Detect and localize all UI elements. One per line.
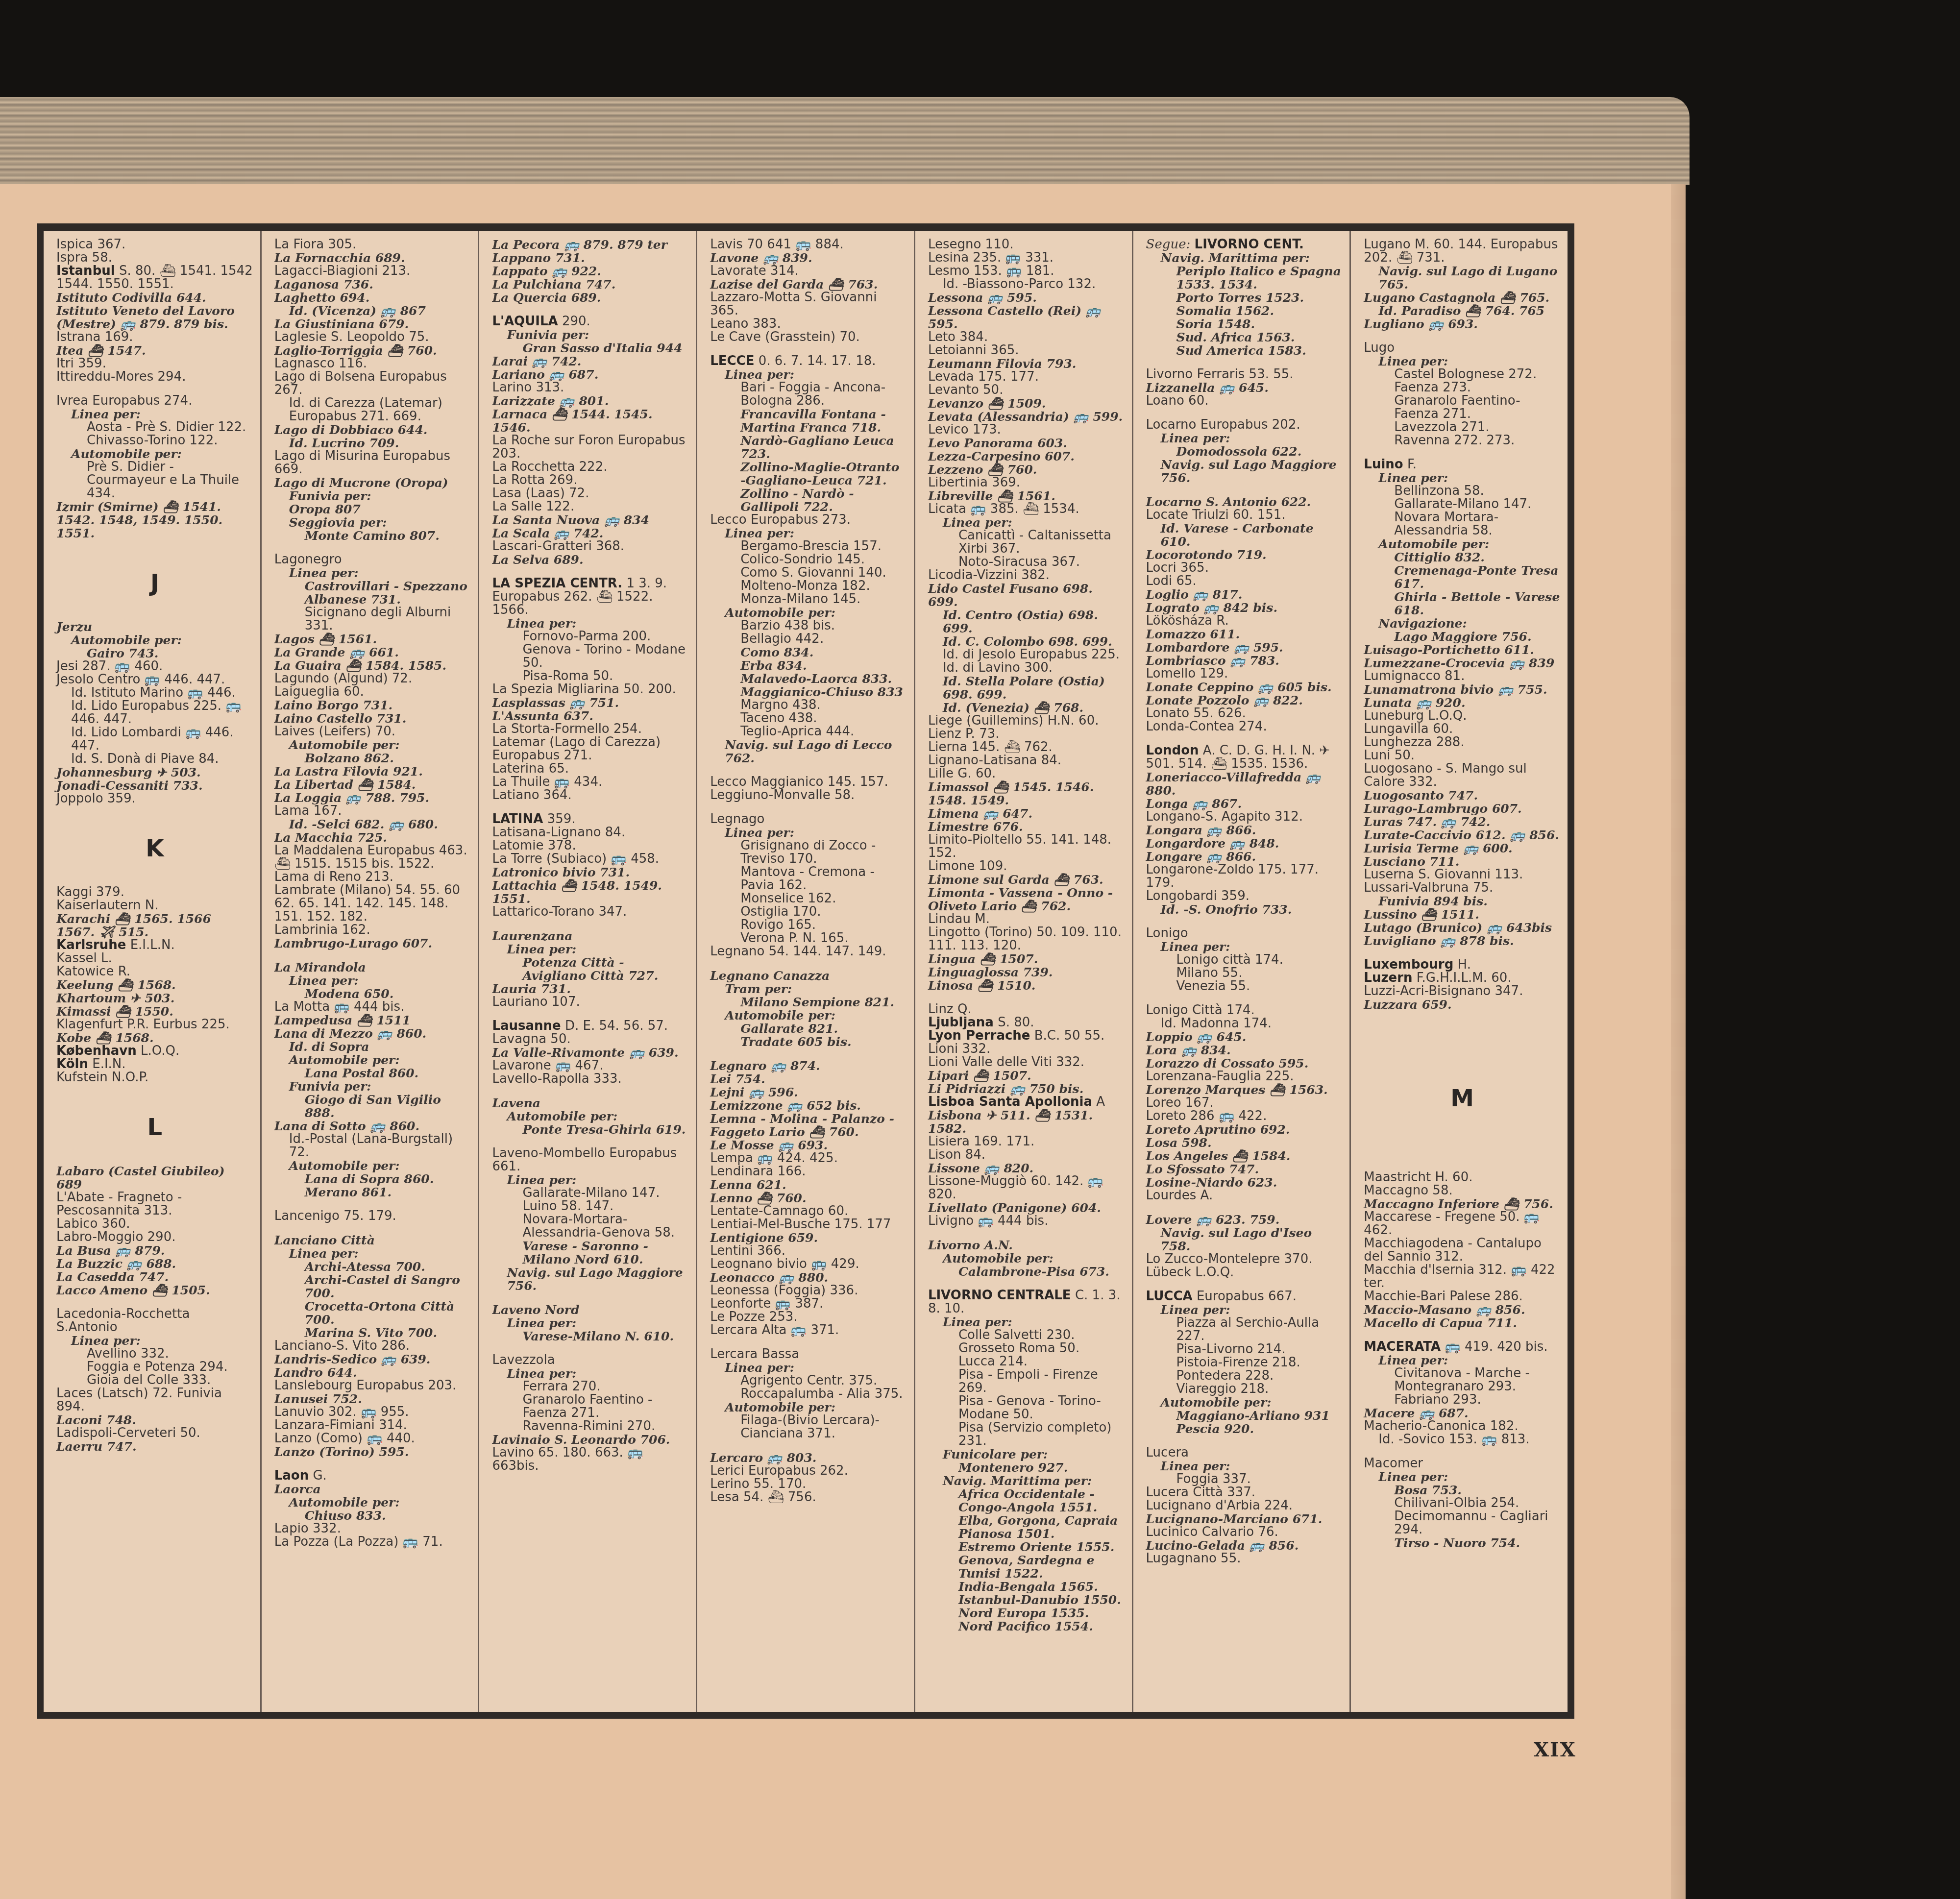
entry-text: Id. Varese - Carbonate 610. <box>1161 521 1314 549</box>
index-entry: Noto-Siracusa 367. <box>928 556 1125 569</box>
entry-text: Levico 173. <box>928 422 1001 437</box>
index-entry: Longa 🚌 867. <box>1146 797 1343 810</box>
index-entry: Segue: LIVORNO CENT. <box>1146 238 1343 251</box>
index-entry: Lo Sfossato 747. <box>1146 1163 1343 1176</box>
entry-text: E.I.L.N. <box>126 938 174 952</box>
entry-text: Linea per: <box>289 566 359 580</box>
entry-text: La Torre (Subiaco) 🚌 458. <box>492 852 659 866</box>
entry-text: Linea per: <box>725 526 794 540</box>
entry-text: Latronico bivio 731. <box>492 865 630 879</box>
index-entry: Laveno-Mombello Europabus 661. <box>492 1147 689 1173</box>
entry-text: Viareggio 218. <box>1176 1382 1269 1396</box>
entry-text: Linea per: <box>1378 1470 1448 1484</box>
entry-text: Lucera Città 337. <box>1146 1485 1256 1500</box>
entry-text: Pisa-Livorno 214. <box>1176 1342 1286 1357</box>
index-entry: L'Assunta 637. <box>492 709 689 723</box>
entry-text: La Lastra Filovia 921. <box>274 764 423 779</box>
entry-text: Luni 50. <box>1364 748 1415 763</box>
entry-text: Lisbona ✈ 511. ⛴ 1531. 1582. <box>928 1108 1093 1136</box>
entry-text: Lanciano-S. Vito 286. <box>274 1339 410 1353</box>
index-entry: Lingua ⛴ 1507. <box>928 952 1125 966</box>
entry-text: Lesa 54. ⛴ 756. <box>710 1490 816 1505</box>
index-entry: Luisago-Portichetto 611. <box>1364 643 1561 657</box>
index-entry: La Libertad ⛴ 1584. <box>274 778 471 791</box>
index-entry: Lunata 🚌 920. <box>1364 696 1561 709</box>
entry-text: 0. 6. 7. 14. 17. 18. <box>754 354 876 368</box>
entry-text: Itri 359. <box>56 356 106 371</box>
entry-text: Fornovo-Parma 200. <box>522 629 651 644</box>
index-entry: Archi-Atessa 700. <box>274 1260 471 1273</box>
entry-text: Novara Mortara-Alessandria 58. <box>1394 510 1498 538</box>
entry-text: Lagonegro <box>274 552 342 567</box>
index-entry: La Rocchetta 222. <box>492 461 689 474</box>
entry-text: Lentini 366. <box>710 1243 785 1258</box>
entry-text: Lille G. 60. <box>928 766 996 781</box>
entry-text: Landro 644. <box>274 1365 357 1380</box>
entry-text: Lindau M. <box>928 912 990 926</box>
index-entry: Lissone 🚌 820. <box>928 1162 1125 1175</box>
index-entry: Id. C. Colombo 698. 699. <box>928 635 1125 648</box>
index-entry: Linea per: <box>1364 471 1561 485</box>
entry-text: Lonate Ceppino 🚌 605 bis. <box>1146 680 1332 694</box>
station-name-bold: Luxembourg <box>1364 957 1453 972</box>
index-entry: Lutago (Brunico) 🚌 643bis <box>1364 921 1561 934</box>
entry-text: Francavilla Fontana - Martina Franca 718… <box>740 407 886 435</box>
index-entry: Bari - Foggia - Ancona-Bologna 286. <box>710 381 907 408</box>
entry-text: S. 80. <box>994 1015 1034 1030</box>
index-entry: Lugliano 🚌 693. <box>1364 317 1561 331</box>
index-entry: Lucca 214. <box>928 1355 1125 1368</box>
entry-text: Navig. sul Lago d'Iseo 758. <box>1161 1226 1312 1253</box>
index-entry: Erba 834. <box>710 659 907 672</box>
entry-text: Calambrone-Pisa 673. <box>958 1265 1109 1279</box>
index-entry: Lorenzana-Fauglia 225. <box>1146 1070 1343 1083</box>
index-entry: Lucinico Calvario 76. <box>1146 1526 1343 1539</box>
index-entry: Milano 55. <box>1146 967 1343 980</box>
entry-text: Verona P. N. 165. <box>740 931 849 946</box>
entry-text: Lessona 🚌 595. <box>928 291 1037 305</box>
index-entry: Istituto Veneto del Lavoro (Mestre) 🚌 87… <box>56 304 253 331</box>
index-entry: Lecco Europabus 273. <box>710 513 907 527</box>
entry-text: Tram per: <box>725 982 792 996</box>
index-entry: Lecco Maggianico 145. 157. <box>710 776 907 789</box>
index-entry: Loreto 286 🚌 422. <box>1146 1110 1343 1123</box>
index-entry: Larai 🚌 742. <box>492 355 689 368</box>
index-entry: Kufstein N.O.P. <box>56 1071 253 1084</box>
entry-text: Lercaro 🚌 803. <box>710 1451 816 1465</box>
entry-text: Lanuvio 302. 🚌 955. <box>274 1405 409 1419</box>
index-entry: Linea per: <box>274 1247 471 1260</box>
entry-text: Lavezzola <box>492 1353 555 1367</box>
index-entry: Maccagno Inferiore ⛴ 756. <box>1364 1197 1561 1211</box>
entry-text: Bolzano 862. <box>305 751 394 765</box>
index-entry: Labaro (Castel Giubileo) 689 <box>56 1165 253 1191</box>
entry-text: Navig. sul Lago di Lugano 765. <box>1378 264 1557 292</box>
entry-text: Automobile per: <box>725 606 835 620</box>
entry-text: Lipari ⛴ 1507. <box>928 1069 1031 1083</box>
index-entry: Lökösháza R. <box>1146 614 1343 628</box>
entry-text: La Casedda 747. <box>56 1270 169 1284</box>
index-entry: Calambrone-Pisa 673. <box>928 1265 1125 1278</box>
index-entry: Lana di Sotto 🚌 860. <box>274 1120 471 1133</box>
entry-text: Lurago-Lambrugo 607. <box>1364 802 1521 816</box>
index-entry: Legnago <box>710 813 907 826</box>
index-entry: Lejni 🚌 596. <box>710 1086 907 1099</box>
index-entry: Limonta - Vassena - Onno - Oliveto Lario… <box>928 886 1125 913</box>
entry-text: Lunghezza 288. <box>1364 735 1464 750</box>
index-column: Lavis 70 641 🚌 884.Lavone 🚌 839.Lavorate… <box>697 231 915 1712</box>
index-entry: Laces (Latsch) 72. Funivia 894. <box>56 1387 253 1413</box>
index-entry: Limassol ⛴ 1545. 1546. 1548. 1549. <box>928 780 1125 807</box>
entry-text: Id. (Venezia) ⛴ 768. <box>943 701 1083 715</box>
entry-text: Lanzara-Fimiani 314. <box>274 1418 407 1433</box>
index-entry: Johannesburg ✈ 503. <box>56 766 253 779</box>
entry-text: Navig. Marittima per: <box>1161 251 1310 265</box>
entry-text: Id. -Selci 682. 🚌 680. <box>289 817 438 831</box>
entry-text: La Maddalena Europabus 463. ⛴ 1515. 1515… <box>274 843 467 871</box>
entry-text: La Rotta 269. <box>492 473 577 487</box>
index-entry: Lemizzone 🚌 652 bis. <box>710 1099 907 1112</box>
entry-text: Lemna - Molina - Palanzo - Faggeto Lario… <box>710 1112 894 1139</box>
entry-text: Lungavilla 60. <box>1364 722 1453 736</box>
entry-text: Laveno Nord <box>492 1303 579 1317</box>
index-entry: La Valle-Rivamonte 🚌 639. <box>492 1046 689 1059</box>
entry-text: Linea per: <box>507 616 576 631</box>
index-entry: Navigazione: <box>1364 617 1561 630</box>
entry-text: Lunamatrona bivio 🚌 755. <box>1364 682 1547 697</box>
index-entry: Los Angeles ⛴ 1584. <box>1146 1149 1343 1163</box>
index-entry: Longano-S. Agapito 312. <box>1146 810 1343 824</box>
entry-text: Linea per: <box>507 1173 576 1187</box>
entry-text: Id. C. Colombo 698. 699. <box>943 634 1112 649</box>
index-entry: Id.-Postal (Lana-Burgstall) 72. <box>274 1133 471 1159</box>
index-entry: Lago di Mucrone (Oropa) <box>274 476 471 489</box>
index-entry: Lendinara 166. <box>710 1165 907 1178</box>
index-entry: Tradate 605 bis. <box>710 1035 907 1048</box>
index-entry: Leonforte 🚌 387. <box>710 1297 907 1311</box>
index-entry: Lago di Bolsena Europabus 267. <box>274 370 471 397</box>
entry-text: Pisa - Empoli - Firenze 269. <box>958 1367 1098 1395</box>
station-name-bold: Köln <box>56 1057 88 1071</box>
entry-text: Gallarate-Milano 147. <box>1394 497 1531 511</box>
entry-text: 290. <box>558 314 590 329</box>
entry-text: Lerici Europabus 262. <box>710 1463 848 1478</box>
entry-text: Crocetta-Ortona Città 700. <box>305 1299 454 1327</box>
index-entry: La Thuile 🚌 434. <box>492 776 689 789</box>
index-entry: Funivia per: <box>492 328 689 341</box>
entry-text: Keelung ⛴ 1568. <box>56 978 176 992</box>
index-entry: Leonessa (Foggia) 336. <box>710 1284 907 1297</box>
index-entry: Id. -Selci 682. 🚌 680. <box>274 818 471 831</box>
index-entry: Lombriasco 🚌 783. <box>1146 654 1343 667</box>
entry-text: Granarolo Faentino-Faenza 271. <box>1394 393 1520 421</box>
entry-text: Zollino - Nardò - Gallipoli 722. <box>740 487 854 514</box>
index-entry: Foggia e Potenza 294. <box>56 1361 253 1374</box>
index-entry: Lariano 🚌 687. <box>492 368 689 381</box>
index-entry: Levanto 50. <box>928 384 1125 397</box>
entry-text: Lanslebourg Europabus 203. <box>274 1378 457 1393</box>
index-entry: Lumignacco 81. <box>1364 670 1561 683</box>
entry-text: Loreto 286 🚌 422. <box>1146 1109 1267 1123</box>
index-entry: Mantova - Cremona - Pavia 162. <box>710 866 907 892</box>
entry-text: A <box>1092 1095 1105 1109</box>
index-table-frame: Ispica 367.Ispra 58.Istanbul S. 80. ⛴ 15… <box>37 223 1574 1719</box>
index-entry: Linea per: <box>492 1173 689 1187</box>
entry-text: Granarolo Faentino - Faenza 271. <box>522 1392 652 1420</box>
entry-text: Luras 747. 🚌 742. <box>1364 815 1490 829</box>
entry-text: Linea per: <box>289 974 359 988</box>
entry-text: Filaga-(Bivio Lercara)-Cianciana 371. <box>740 1413 880 1441</box>
entry-text: Laghetto 694. <box>274 291 370 305</box>
index-entry: Lonigo città 174. <box>1146 953 1343 967</box>
index-entry: Zollino-Maglie-Otranto -Gagliano-Leuca 7… <box>710 461 907 487</box>
entry-text: Marina S. Vito 700. <box>305 1326 437 1340</box>
entry-text: Locarno Europabus 202. <box>1146 417 1300 432</box>
entry-text: Avellino 332. <box>87 1346 169 1361</box>
index-entry: Linea per: <box>928 516 1125 529</box>
index-entry: Lerino 55. 170. <box>710 1478 907 1491</box>
index-entry: Laino Castello 731. <box>274 712 471 725</box>
index-entry: Lambrate (Milano) 54. 55. 60 62. 65. 141… <box>274 884 471 924</box>
index-entry: Somalia 1562. <box>1146 304 1343 317</box>
index-entry: Automobile per: <box>56 633 253 647</box>
entry-text: Id. di Sopra <box>289 1040 369 1054</box>
index-entry: Limone sul Garda ⛴ 763. <box>928 873 1125 886</box>
index-entry: Id. Istituto Marino 🚌 446. <box>56 686 253 700</box>
entry-text: Roccapalumba - Alia 375. <box>740 1387 903 1401</box>
index-entry: Estremo Oriente 1555. <box>928 1540 1125 1554</box>
entry-text: Khartoum ✈ 503. <box>56 991 174 1005</box>
index-entry: Luras 747. 🚌 742. <box>1364 815 1561 828</box>
entry-text: Libreville ⛴ 1561. <box>928 489 1055 503</box>
entry-text: Laino Borgo 731. <box>274 698 393 712</box>
index-entry: Varese-Milano N. 610. <box>492 1330 689 1343</box>
entry-text: La Selva 689. <box>492 553 583 567</box>
entry-text: Laganosa 736. <box>274 277 373 292</box>
index-entry: Bolzano 862. <box>274 752 471 765</box>
entry-text: Periplo Italico e Spagna 1533. 1534. <box>1176 264 1341 292</box>
entry-text: Archi-Atessa 700. <box>305 1260 425 1274</box>
entry-text: Luogosano - S. Mango sul Calore 332. <box>1364 761 1526 789</box>
index-entry: Genova - Torino - Modane 50. <box>492 643 689 670</box>
entry-text: Limassol ⛴ 1545. 1546. 1548. 1549. <box>928 780 1094 807</box>
index-entry: Lagundo (Algund) 72. <box>274 672 471 685</box>
index-entry: Labico 360. <box>56 1217 253 1231</box>
entry-text: La Rocchetta 222. <box>492 460 607 474</box>
entry-text: Latiano 364. <box>492 788 571 803</box>
entry-text: Lauriano 107. <box>492 995 580 1009</box>
index-entry: Luzern F.G.H.I.L.M. 60. <box>1364 972 1561 985</box>
index-entry: Cremenaga-Ponte Tresa 617. <box>1364 564 1561 590</box>
index-entry: Levada 175. 177. <box>928 370 1125 384</box>
entry-text: Automobile per: <box>1378 537 1489 551</box>
entry-text: Lomazzo 611. <box>1146 627 1240 641</box>
index-entry: Locarno S. Antonio 622. <box>1146 495 1343 509</box>
entry-text: La Pulchiana 747. <box>492 277 615 292</box>
entry-text: Chivasso-Torino 122. <box>87 433 218 448</box>
entry-text: Fabriano 293. <box>1394 1392 1481 1407</box>
index-entry: Leto 384. <box>928 331 1125 344</box>
index-entry: Locri 365. <box>1146 561 1343 575</box>
index-entry: Pistoia-Firenze 218. <box>1146 1356 1343 1369</box>
section-letter: M <box>1364 1085 1561 1112</box>
entry-text: Novara-Mortara-Alessandria-Genova 58. <box>522 1212 675 1240</box>
index-entry: Loglio 🚌 817. <box>1146 588 1343 601</box>
entry-text: Milano Sempione 821. <box>740 995 894 1009</box>
entry-text: Lugano M. 60. 144. Europabus 202. ⛴ 731. <box>1364 237 1558 265</box>
entry-text: Lugliano 🚌 693. <box>1364 317 1478 331</box>
entry-text: Longobardi 359. <box>1146 889 1249 903</box>
index-entry: La Salle 122. <box>492 500 689 513</box>
entry-text: Laives (Leifers) 70. <box>274 724 395 739</box>
entry-text: Lucino-Gelada 🚌 856. <box>1146 1538 1299 1553</box>
index-entry: Ispra 58. <box>56 251 253 265</box>
entry-text: Legnago <box>710 812 764 827</box>
index-entry: La Storta-Formello 254. <box>492 723 689 736</box>
entry-text: Labro-Moggio 290. <box>56 1230 175 1244</box>
entry-text: Automobile per: <box>289 1053 400 1067</box>
index-entry: Lazise del Garda ⛴ 763. <box>710 278 907 291</box>
book-page-edges <box>0 97 1690 185</box>
entry-text: Istituto Veneto del Lavoro (Mestre) 🚌 87… <box>56 304 235 331</box>
index-entry: Istanbul-Danubio 1550. <box>928 1593 1125 1607</box>
entry-text: Lonigo <box>1146 926 1188 941</box>
entry-text: Bergamo-Brescia 157. <box>740 539 882 554</box>
entry-text: Lascari-Gratteri 368. <box>492 539 624 554</box>
index-entry: Lappato 🚌 922. <box>492 265 689 278</box>
entry-text: Linea per: <box>71 1334 141 1348</box>
index-entry: Nord Europa 1535. <box>928 1607 1125 1620</box>
index-entry: Gallarate-Milano 147. <box>492 1187 689 1200</box>
index-entry: La Motta 🚌 444 bis. <box>274 1000 471 1014</box>
entry-text: Leonforte 🚌 387. <box>710 1296 823 1311</box>
index-entry: Joppolo 359. <box>56 792 253 805</box>
entry-text: Luzzi-Acri-Bisignano 347. <box>1364 984 1523 998</box>
index-entry: Monte Camino 807. <box>274 529 471 542</box>
entry-text: Lesina 235. 🚌 331. <box>928 250 1053 265</box>
index-entry: Lucera Città 337. <box>1146 1486 1343 1499</box>
entry-text: Gairo 743. <box>87 646 158 660</box>
entry-text: Linea per: <box>1161 1303 1230 1317</box>
entry-text: Id. -Sovico 153. 🚌 813. <box>1378 1432 1529 1447</box>
entry-text: Lunata 🚌 920. <box>1364 696 1465 710</box>
entry-text: Larizzate 🚌 801. <box>492 394 609 408</box>
index-entry: Navig. sul Lago d'Iseo 758. <box>1146 1226 1343 1253</box>
index-entry: Laconi 748. <box>56 1413 253 1427</box>
index-entry: Modena 650. <box>274 987 471 1000</box>
entry-text: Latomie 378. <box>492 838 576 853</box>
station-name-bold: L'AQUILA <box>492 314 558 329</box>
index-entry: Id. Lido Europabus 225. 🚌 446. 447. <box>56 700 253 726</box>
continued-label: Segue: <box>1146 237 1195 252</box>
index-entry: Laurenzana <box>492 929 689 943</box>
index-entry: Linea per: <box>56 1334 253 1347</box>
index-entry: Lesa 54. ⛴ 756. <box>710 1491 907 1504</box>
index-entry: Macchie-Bari Palese 286. <box>1364 1290 1561 1303</box>
entry-text: Lapio 332. <box>274 1521 341 1536</box>
index-entry: Macello di Capua 711. <box>1364 1316 1561 1330</box>
index-entry: Malavedo-Laorca 833. <box>710 672 907 685</box>
index-entry: Levo Panorama 603. <box>928 437 1125 450</box>
entry-text: Livorno A.N. <box>928 1238 1013 1252</box>
entry-text: La Pecora 🚌 879. 879 ter <box>492 238 667 252</box>
index-entry: Macere 🚌 687. <box>1364 1407 1561 1420</box>
entry-text: Lagos ⛴ 1561. <box>274 632 377 646</box>
station-name-bold: LA SPEZIA CENTR. <box>492 576 622 591</box>
index-entry: Lentini 366. <box>710 1244 907 1258</box>
index-entry: Laigueglia 60. <box>274 685 471 699</box>
entry-text: Lübeck L.O.Q. <box>1146 1265 1234 1280</box>
index-entry: Kimassi ⛴ 1550. <box>56 1005 253 1018</box>
index-entry: Latemar (Lago di Carezza) Europabus 271. <box>492 736 689 762</box>
index-entry: Automobile per: <box>274 1053 471 1067</box>
index-entry: Lavagna 50. <box>492 1033 689 1046</box>
index-entry: Lanzara-Fimiani 314. <box>274 1419 471 1432</box>
entry-text: Limena 🚌 647. <box>928 806 1032 821</box>
entry-text: Macchiagodena - Cantalupo del Sannio 312… <box>1364 1236 1542 1264</box>
index-entry: Id. (Venezia) ⛴ 768. <box>928 701 1125 714</box>
entry-text: Automobile per: <box>943 1251 1053 1266</box>
index-entry: Limito-Pioltello 55. 141. 148. 152. <box>928 833 1125 860</box>
entry-text: Barzio 438 bis. <box>740 618 835 633</box>
entry-text: Lerino 55. 170. <box>710 1477 806 1491</box>
entry-text: Linea per: <box>507 942 576 956</box>
entry-text: Somalia 1562. <box>1176 304 1274 318</box>
index-entry: Ravenna-Rimini 270. <box>492 1420 689 1433</box>
station-name-bold: MACERATA <box>1364 1339 1441 1354</box>
entry-text: Maccagno 58. <box>1364 1183 1452 1198</box>
entry-text: La Valle-Rivamonte 🚌 639. <box>492 1046 678 1060</box>
index-entry: Viareggio 218. <box>1146 1383 1343 1396</box>
index-entry: Lana Postal 860. <box>274 1067 471 1080</box>
index-entry: Chiuso 833. <box>274 1509 471 1522</box>
entry-text: Lucinico Calvario 76. <box>1146 1525 1278 1539</box>
entry-text: Lenno ⛴ 760. <box>710 1191 807 1205</box>
index-entry: Loreto Aprutino 692. <box>1146 1123 1343 1136</box>
entry-text: Id. Lido Lombardi 🚌 446. 447. <box>71 725 234 753</box>
entry-text: Lacco Ameno ⛴ 1505. <box>56 1283 210 1297</box>
index-entry: Leumann Filovia 793. <box>928 357 1125 370</box>
entry-text: Lambrinia 162. <box>274 923 370 937</box>
index-entry: Lentate-Camnago 60. <box>710 1205 907 1218</box>
entry-text: Lumezzane-Crocevia 🚌 839 <box>1364 656 1554 670</box>
entry-text: Grisignano di Zocco - Treviso 170. <box>740 838 876 866</box>
index-entry: Linea per: <box>274 974 471 987</box>
index-entry: Lagonegro <box>274 553 471 566</box>
index-entry: Colle Salvetti 230. <box>928 1329 1125 1342</box>
entry-text: Locorotondo 719. <box>1146 548 1267 562</box>
entry-text: Gioia del Colle 333. <box>87 1373 211 1388</box>
entry-text: Luogosanto 747. <box>1364 788 1478 803</box>
index-entry: Id. -Biassono-Parco 132. <box>928 278 1125 291</box>
index-entry: Maccio-Masano 🚌 856. <box>1364 1303 1561 1316</box>
entry-text: Loneriacco-Villafredda 🚌 880. <box>1146 770 1321 798</box>
index-entry: Loppio 🚌 645. <box>1146 1030 1343 1044</box>
index-entry: Castel Bolognese 272. <box>1364 368 1561 381</box>
entry-text: Lingotto (Torino) 50. 109. 110. 111. 113… <box>928 925 1122 953</box>
entry-text: Castel Bolognese 272. <box>1394 367 1537 382</box>
entry-text: Id. Lucrino 709. <box>289 436 399 450</box>
entry-text: Faenza 273. <box>1394 380 1471 395</box>
index-entry: Ispica 367. <box>56 238 253 251</box>
entry-text: Lurate-Caccivio 612. 🚌 856. <box>1364 828 1559 842</box>
index-entry: Lavone 🚌 839. <box>710 251 907 265</box>
index-entry: Latronico bivio 731. <box>492 866 689 879</box>
entry-text: Istituto Codivilla 644. <box>56 291 206 305</box>
index-entry: Navig. Marittima per: <box>928 1474 1125 1487</box>
entry-text: Lariano 🚌 687. <box>492 367 598 382</box>
entry-text: Limonta - Vassena - Onno - Oliveto Lario… <box>928 886 1113 913</box>
